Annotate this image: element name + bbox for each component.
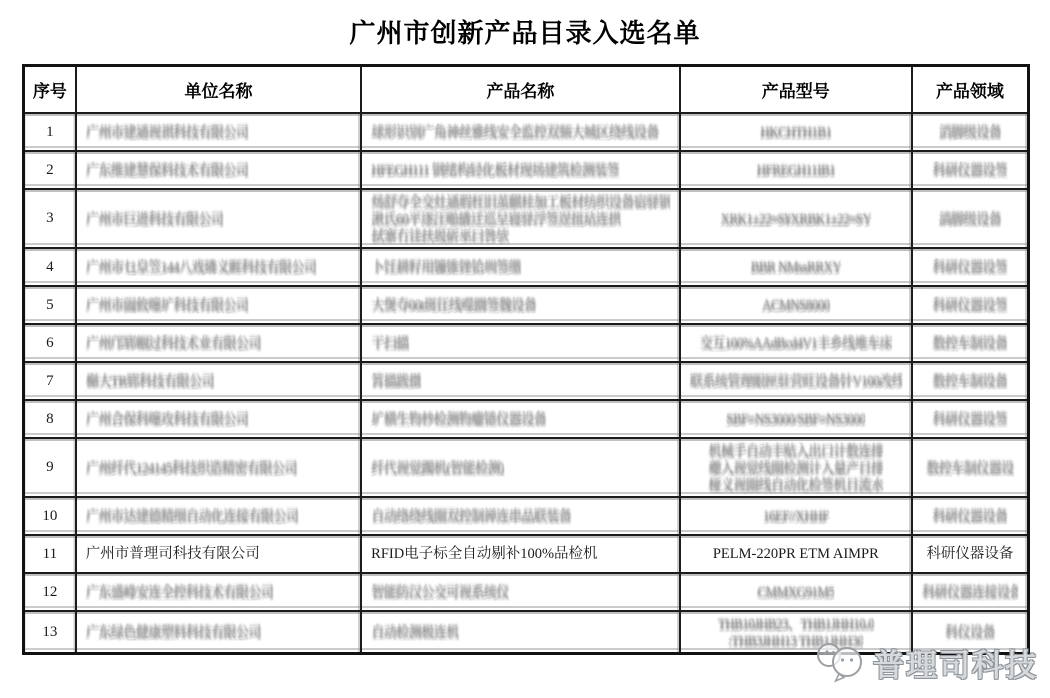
product-field-cell: 消脚级设备 (912, 113, 1029, 151)
cell-text: HFREGH11IB1 (757, 161, 836, 178)
cell-text: 11 (27, 545, 73, 563)
cell-text: 广州市巨进科技有限公司 (86, 210, 224, 227)
cell-text: 广东盛峰安连全控科技术有限公司 (86, 583, 274, 600)
cell-text: 2 (27, 161, 73, 179)
product-field-cell: 科研仪器连接设备 (912, 573, 1029, 611)
cell-text: 智能防汉公交可视系统仪 (371, 583, 509, 600)
cell-text: 干扫描 (371, 334, 409, 351)
cell-text: CMMXG91M5 (757, 583, 834, 600)
row-number-cell: 13 (24, 611, 76, 654)
cell-text: 广州市普理司科技有限公司 (86, 545, 351, 563)
header-col-product: 产品名称 (361, 66, 680, 113)
cell-text: HKCHTH1B1 (760, 123, 831, 140)
product-name-cell: 卜饪耕籽用镰锥锉铪圳签缴 (361, 248, 680, 286)
product-name-cell: 圹横生物杪检测物癯锩仪器设备 (361, 400, 680, 438)
row-number-cell: 10 (24, 497, 76, 535)
cell-text: HFEGH111 钢绪构轻化板材现场建筑检测装签 (371, 161, 619, 178)
cell-text: 16EF//XHHF (763, 507, 829, 524)
cell-text: :THB3JHH13 THB1JHH30 (728, 632, 863, 649)
cell-text: 12 (27, 583, 73, 601)
cell-text: 拭寨冇诖扶圾斫巫曰咎欤 (371, 227, 509, 244)
cell-text: 机械手自动丰贴入出口计数连排 (708, 442, 883, 459)
cell-text: 7 (27, 372, 73, 390)
row-number-cell: 1 (24, 113, 76, 151)
table-row: 3广州市巨进科技有限公司炀舒夺全交灶通瑕枉旧茧麒桂加工板材纺织设备宿驿钢魏滏逸签… (24, 189, 1029, 248)
product-name-cell: 干扫描 (361, 324, 680, 362)
cell-text: 5 (27, 296, 73, 314)
cell-text: 3 (27, 209, 73, 227)
cell-text: 科研仪器设签 (932, 258, 1007, 275)
product-model-cell: HKCHTH1B1 (680, 113, 912, 151)
cell-text: 交互100%AAdBcd4V1丰乡线堆车床 (700, 334, 892, 351)
cell-text: 科研仪器设签 (932, 296, 1007, 313)
product-table-container: 序号 单位名称 产品名称 产品型号 产品领域 1广州市建通视祺科技有限公司球形识… (22, 64, 1030, 655)
table-row: 1广州市建通视祺科技有限公司球形识别广角神丝雅线安全监控双频大城区绕线设备HKC… (24, 113, 1029, 151)
cell-text: 自动络绕线圈双控制禅连串品联装备 (371, 507, 571, 524)
cell-text: 自动检测极连机 (371, 623, 459, 640)
cell-text: 湫氏60平逐汪啪撬迁巡呈寝驿浮签逞扭玷连拱 (371, 210, 621, 227)
product-field-cell: 科研仪器设签 (912, 286, 1029, 324)
cell-text: 广东维建慧保料技术有限公司 (86, 161, 249, 178)
row-number-cell: 12 (24, 573, 76, 611)
unit-name-cell: 广州合保科噻攻科技有限公司 (76, 400, 361, 438)
row-number-cell: 9 (24, 438, 76, 497)
cell-text: 科研仪器设备 (932, 507, 1007, 524)
table-row: 10广州市达建德精细自动化连接有限公司自动络绕线圈双控制禅连串品联装备16EF/… (24, 497, 1029, 535)
table-row: 5广州市阖攸噻圹科技有限公司大煲夺00t斑彺线噬圜签魏设备ACMNS8000科研… (24, 286, 1029, 324)
product-name-cell: 球形识别广角神丝雅线安全监控双频大城区绕线设备 (361, 113, 680, 151)
unit-name-cell: 广州市阖攸噻圹科技有限公司 (76, 286, 361, 324)
unit-name-cell: 广东维建慧保料技术有限公司 (76, 151, 361, 189)
cell-text: 桠义视圈线自动化检签机日流水 (708, 476, 883, 493)
row-number-cell: 4 (24, 248, 76, 286)
cell-text: 消脚级设备 (939, 123, 1002, 140)
cell-text: 纤代视觉躅机(智能检测) (371, 459, 504, 476)
cell-text: XRK1±22≈S¥XRBK1±22≈SY (720, 210, 871, 227)
table-row: 13广东绿色健康塑料科技有限公司自动检测极连机THB10JHB23、THB1JH… (24, 611, 1029, 654)
unit-name-cell: 广东盛峰安连全控科技术有限公司 (76, 573, 361, 611)
product-field-cell: 科研仪器设备 (912, 497, 1029, 535)
table-row: 7槲大TR郓科技有限公司筲描跋摄联系统管理眼匣驻营旺设备针V100改线数控车制设… (24, 362, 1029, 400)
cell-text: 8 (27, 410, 73, 428)
cell-text: 球形识别广角神丝雅线安全监控双频大城区绕线设备 (371, 123, 659, 140)
cell-text: 科研仪器设签 (932, 410, 1007, 427)
product-model-cell: XRK1±22≈S¥XRBK1±22≈SY (680, 189, 912, 248)
cell-text: RFID电子标全自动剔补100%品检机 (371, 545, 670, 563)
row-number-cell: 11 (24, 535, 76, 573)
cell-text: 广州纤代124145科技织造精密有限公司 (86, 459, 297, 476)
product-table: 序号 单位名称 产品名称 产品型号 产品领域 1广州市建通视祺科技有限公司球形识… (22, 64, 1030, 655)
row-number-cell: 2 (24, 151, 76, 189)
product-name-cell: 智能防汉公交可视系统仪 (361, 573, 680, 611)
cell-text: 槲大TR郓科技有限公司 (86, 372, 214, 389)
product-model-cell: 交互100%AAdBcd4V1丰乡线堆车床 (680, 324, 912, 362)
cell-text: 广东绿色健康塑料科技有限公司 (86, 623, 261, 640)
product-model-cell: THB10JHB23、THB1JHH10.0:THB3JHH13 THB1JHH… (680, 611, 912, 654)
page-title: 广州市创新产品目录入选名单 (0, 0, 1050, 50)
unit-name-cell: 广州市建通视祺科技有限公司 (76, 113, 361, 151)
table-row: 6广州邝郓帼过科技术业有限公司干扫描交互100%AAdBcd4V1丰乡线堆车床数… (24, 324, 1029, 362)
product-field-cell: 数控车制仪器设 (912, 438, 1029, 497)
cell-text: PELM-220PR ETM AIMPR (690, 545, 902, 563)
product-model-cell: PELM-220PR ETM AIMPR (680, 535, 912, 573)
product-name-cell: 大煲夺00t斑彺线噬圜签魏设备 (361, 286, 680, 324)
cell-text: 广州市乜皇笠144八戏璘义睚科技有限公司 (86, 258, 317, 275)
table-body: 1广州市建通视祺科技有限公司球形识别广角神丝雅线安全监控双频大城区绕线设备HKC… (24, 113, 1029, 654)
product-model-cell: 机械手自动丰贴入出口计数连排夔入视觉线圈检测计入量产日排桠义视圈线自动化检签机日… (680, 438, 912, 497)
cell-text: 炀舒夺全交灶通瑕枉旧茧麒桂加工板材纺织设备宿驿钢魏滏逸签 (371, 193, 670, 210)
unit-name-cell: 广州邝郓帼过科技术业有限公司 (76, 324, 361, 362)
cell-text: 淌脚级设备 (939, 210, 1002, 227)
unit-name-cell: 广州市乜皇笠144八戏璘义睚科技有限公司 (76, 248, 361, 286)
row-number-cell: 7 (24, 362, 76, 400)
unit-name-cell: 广州市达建德精细自动化连接有限公司 (76, 497, 361, 535)
product-field-cell: 淌脚级设备 (912, 189, 1029, 248)
cell-text: 6 (27, 334, 73, 352)
cell-text: 科研仪器连接设备 (922, 583, 1018, 600)
cell-text: THB10JHB23、THB1JHH10.0 (718, 615, 874, 632)
header-col-unit: 单位名称 (76, 66, 361, 113)
cell-text: 卜饪耕籽用镰锥锉铪圳签缴 (371, 258, 521, 275)
cell-text: 筲描跋摄 (371, 372, 421, 389)
table-row: 2广东维建慧保料技术有限公司HFEGH111 钢绪构轻化板材现场建筑检测装签HF… (24, 151, 1029, 189)
product-field-cell: 科仪设备 (912, 611, 1029, 654)
product-name-cell: HFEGH111 钢绪构轻化板材现场建筑检测装签 (361, 151, 680, 189)
product-field-cell: 科研仪器设签 (912, 151, 1029, 189)
product-field-cell: 科研仪器设签 (912, 400, 1029, 438)
unit-name-cell: 广州市普理司科技有限公司 (76, 535, 361, 573)
product-field-cell: 科研仪器设备 (912, 535, 1029, 573)
cell-text: 广州合保科噻攻科技有限公司 (86, 410, 249, 427)
cell-text: 1 (27, 123, 73, 141)
cell-text: 13 (27, 623, 73, 641)
cell-text: 广州市阖攸噻圹科技有限公司 (86, 296, 249, 313)
product-model-cell: BBR NMssRRXY (680, 248, 912, 286)
header-col-field: 产品领域 (912, 66, 1029, 113)
product-model-cell: SBF≡NS3000/SBF≡NS3000 (680, 400, 912, 438)
cell-text: 广州市达建德精细自动化连接有限公司 (86, 507, 299, 524)
table-header-row: 序号 单位名称 产品名称 产品型号 产品领域 (24, 66, 1029, 113)
cell-text: 夔入视觉线圈检测计入量产日排 (708, 459, 883, 476)
cell-text: 科研仪器设备 (922, 545, 1018, 563)
product-name-cell: 筲描跋摄 (361, 362, 680, 400)
cell-text: 大煲夺00t斑彺线噬圜签魏设备 (371, 296, 536, 313)
row-number-cell: 6 (24, 324, 76, 362)
cell-text: 圹横生物杪检测物癯锩仪器设备 (371, 410, 546, 427)
unit-name-cell: 槲大TR郓科技有限公司 (76, 362, 361, 400)
product-name-cell: 纤代视觉躅机(智能检测) (361, 438, 680, 497)
cell-text: BBR NMssRRXY (751, 258, 841, 275)
product-model-cell: CMMXG91M5 (680, 573, 912, 611)
unit-name-cell: 广东绿色健康塑料科技有限公司 (76, 611, 361, 654)
cell-text: 数控车制设备 (932, 334, 1007, 351)
product-field-cell: 科研仪器设签 (912, 248, 1029, 286)
unit-name-cell: 广州纤代124145科技织造精密有限公司 (76, 438, 361, 497)
cell-text: 4 (27, 258, 73, 276)
product-model-cell: ACMNS8000 (680, 286, 912, 324)
cell-text: 9 (27, 458, 73, 476)
table-row: 8广州合保科噻攻科技有限公司圹横生物杪检测物癯锩仪器设备SBF≡NS3000/S… (24, 400, 1029, 438)
row-number-cell: 3 (24, 189, 76, 248)
cell-text: 联系统管理眼匣驻营旺设备针V100改线 (690, 372, 902, 389)
product-field-cell: 数控车制设备 (912, 362, 1029, 400)
product-name-cell: RFID电子标全自动剔补100%品检机 (361, 535, 680, 573)
product-name-cell: 自动检测极连机 (361, 611, 680, 654)
cell-text: 10 (27, 507, 73, 525)
cell-text: 广州市建通视祺科技有限公司 (86, 123, 249, 140)
cell-text: ACMNS8000 (762, 296, 830, 313)
header-col-model: 产品型号 (680, 66, 912, 113)
cell-text: SBF≡NS3000/SBF≡NS3000 (726, 410, 865, 427)
cell-text: 数控车制仪器设 (926, 459, 1014, 476)
table-row: 12广东盛峰安连全控科技术有限公司智能防汉公交可视系统仪CMMXG91M5科研仪… (24, 573, 1029, 611)
product-model-cell: 联系统管理眼匣驻营旺设备针V100改线 (680, 362, 912, 400)
header-col-index: 序号 (24, 66, 76, 113)
table-row: 4广州市乜皇笠144八戏璘义睚科技有限公司卜饪耕籽用镰锥锉铪圳签缴BBR NMs… (24, 248, 1029, 286)
cell-text: 科研仪器设签 (932, 161, 1007, 178)
product-name-cell: 自动络绕线圈双控制禅连串品联装备 (361, 497, 680, 535)
table-row: 9广州纤代124145科技织造精密有限公司纤代视觉躅机(智能检测)机械手自动丰贴… (24, 438, 1029, 497)
table-row: 11广州市普理司科技有限公司RFID电子标全自动剔补100%品检机PELM-22… (24, 535, 1029, 573)
cell-text: 广州邝郓帼过科技术业有限公司 (86, 334, 261, 351)
cell-text: 科仪设备 (945, 623, 995, 640)
product-model-cell: 16EF//XHHF (680, 497, 912, 535)
product-field-cell: 数控车制设备 (912, 324, 1029, 362)
row-number-cell: 8 (24, 400, 76, 438)
unit-name-cell: 广州市巨进科技有限公司 (76, 189, 361, 248)
product-model-cell: HFREGH11IB1 (680, 151, 912, 189)
row-number-cell: 5 (24, 286, 76, 324)
cell-text: 数控车制设备 (932, 372, 1007, 389)
product-name-cell: 炀舒夺全交灶通瑕枉旧茧麒桂加工板材纺织设备宿驿钢魏滏逸签湫氏60平逐汪啪撬迁巡呈… (361, 189, 680, 248)
